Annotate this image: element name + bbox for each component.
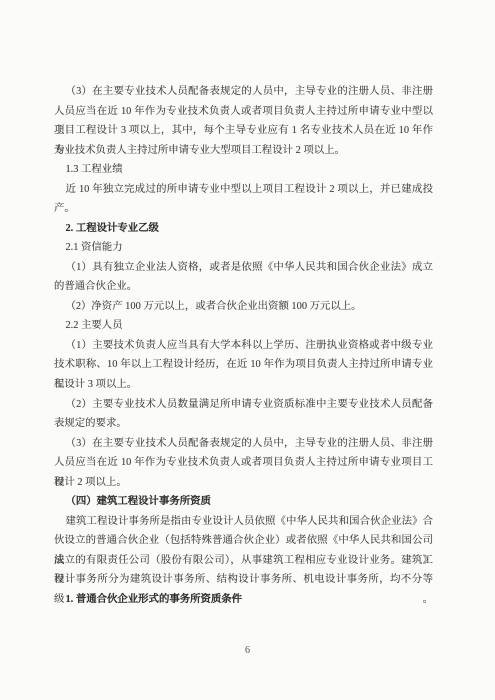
text-line: （1）主要技术负责人应当具有大学本科以上学历、注册执业资格或者中级专业 — [54, 336, 433, 356]
document-body: （3）在主要专业技术人员配备表规定的人员中，主导专业的注册人员、非注册人员应当在… — [54, 82, 433, 609]
text-line: 设计事务所分为建筑设计事务所、结构设计事务所、机电设计事务所，均不分等级。 — [54, 570, 433, 590]
text-line: 2. 工程设计专业乙级 — [54, 219, 433, 239]
text-line: 专业技术负责人主持过所申请专业大型项目工程设计 2 项以上。 — [54, 141, 433, 161]
text-line: 1.3 工程业绩 — [54, 160, 433, 180]
text-line: 的普通合伙企业。 — [54, 277, 433, 297]
text-line: （四）建筑工程设计事务所资质 — [54, 492, 433, 512]
document-page: （3）在主要专业技术人员配备表规定的人员中，主导专业的注册人员、非注册人员应当在… — [0, 0, 495, 700]
text-line: （2）主要专业技术人员数量满足所申请专业资质标准中主要专业技术人员配备 — [54, 395, 433, 415]
text-line: 程设计 3 项以上。 — [54, 375, 433, 395]
text-line: （1）具有独立企业法人资格，或者是依照《中华人民共和国合伙企业法》成立 — [54, 258, 433, 278]
page-number: 6 — [0, 644, 495, 658]
text-line: 伙设立的普通合伙企业（包括特殊普通合伙企业）或者依照《中华人民共和国公司法》 — [54, 531, 433, 551]
text-line: 2.1 资信能力 — [54, 238, 433, 258]
text-line: 建筑工程设计事务所是指由专业设计人员依照《中华人民共和国合伙企业法》合 — [54, 512, 433, 532]
text-line: 表规定的要求。 — [54, 414, 433, 434]
text-line: 技术职称、10 年以上工程设计经历，在近 10 年作为项目负责人主持过所申请专业… — [54, 355, 433, 375]
text-line: 成立的有限责任公司（股份有限公司），从事建筑工程相应专业设计业务。建筑工程 — [54, 551, 433, 571]
text-line: 产。 — [54, 199, 433, 219]
text-line: 人员应当在近 10 年作为专业技术负责人或者项目负责人主持过所申请专业项目工程 — [54, 453, 433, 473]
text-line: （2）净资产 100 万元以上，或者合伙企业出资额 100 万元以上。 — [54, 297, 433, 317]
text-line: 2.2 主要人员 — [54, 316, 433, 336]
text-line: （3）在主要专业技术人员配备表规定的人员中，主导专业的注册人员、非注册 — [54, 434, 433, 454]
text-line: 人员应当在近 10 年作为专业技术负责人或者项目负责人主持过所申请专业中型以上 — [54, 102, 433, 122]
text-line: 近 10 年独立完成过的所申请专业中型以上项目工程设计 2 项以上，并已建成投 — [54, 180, 433, 200]
text-line: 设计 2 项以上。 — [54, 473, 433, 493]
text-line: （3）在主要专业技术人员配备表规定的人员中，主导专业的注册人员、非注册 — [54, 82, 433, 102]
text-line: 项目工程设计 3 项以上，其中，每个主导专业应有 1 名专业技术人员在近 10 … — [54, 121, 433, 141]
